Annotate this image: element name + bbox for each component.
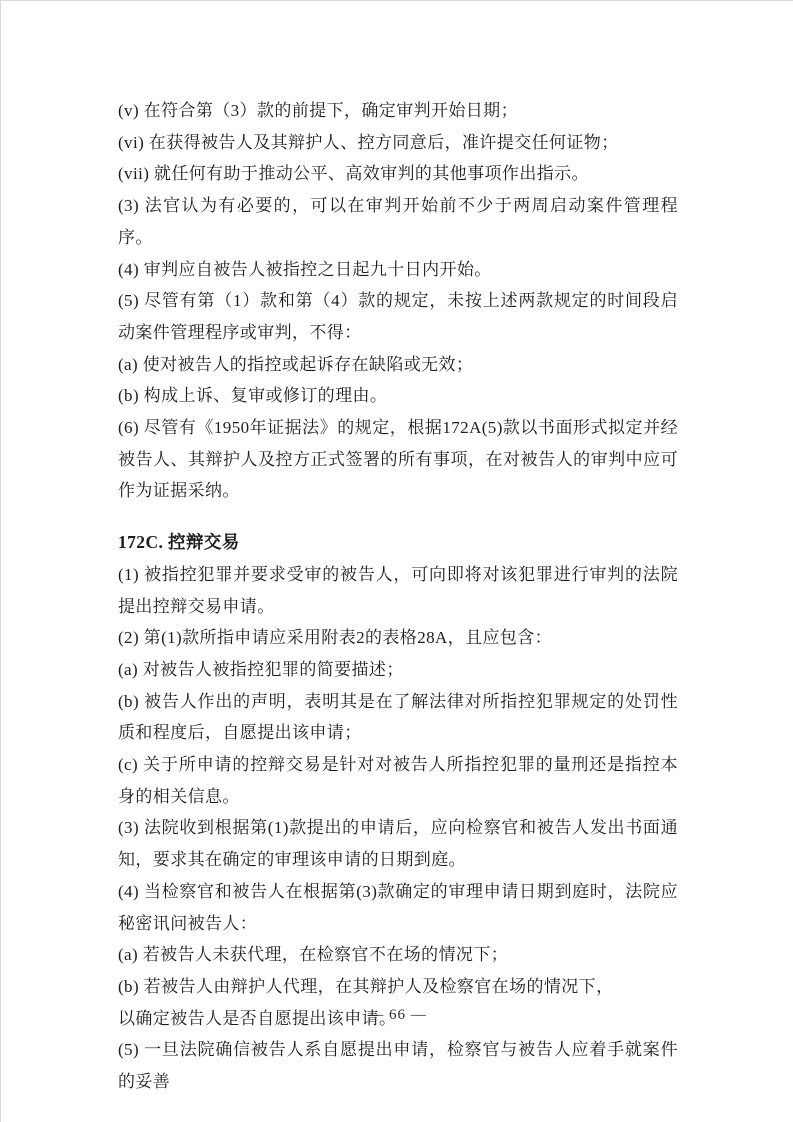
paragraph: (vi) 在获得被告人及其辩护人、控方同意后，准许提交任何证物； [118, 127, 678, 159]
paragraph: (5) 一旦法院确信被告人系自愿提出申请，检察官与被告人应着手就案件的妥善 [118, 1034, 678, 1097]
paragraph: (a) 使对被告人的指控或起诉存在缺陷或无效； [118, 349, 678, 381]
paragraph: (4) 审判应自被告人被指控之日起九十日内开始。 [118, 254, 678, 286]
paragraph: (4) 当检察官和被告人在根据第(3)款确定的审理申请日期到庭时，法院应秘密讯问… [118, 876, 678, 939]
paragraph: (3) 法院收到根据第(1)款提出的申请后，应向检察官和被告人发出书面通知，要求… [118, 812, 678, 875]
paragraph: (b) 若被告人由辩护人代理，在其辩护人及检察官在场的情况下， [118, 971, 678, 1003]
paragraph: (v) 在符合第（3）款的前提下，确定审判开始日期； [118, 95, 678, 127]
paragraph: (5) 尽管有第（1）款和第（4）款的规定，未按上述两款规定的时间段启动案件管理… [118, 285, 678, 348]
text-body: (v) 在符合第（3）款的前提下，确定审判开始日期； (vi) 在获得被告人及其… [118, 95, 678, 1098]
paragraph: (3) 法官认为有必要的，可以在审判开始前不少于两周启动案件管理程序。 [118, 190, 678, 253]
paragraph: (vii) 就任何有助于推动公平、高效审判的其他事项作出指示。 [118, 158, 678, 190]
paragraph: (a) 若被告人未获代理，在检察官不在场的情况下； [118, 939, 678, 971]
section-heading-172c: 172C. 控辩交易 [118, 527, 678, 559]
document-page: (v) 在符合第（3）款的前提下，确定审判开始日期； (vi) 在获得被告人及其… [0, 0, 793, 1122]
page-number: — 66 — [1, 1007, 793, 1024]
paragraph: (b) 被告人作出的声明，表明其是在了解法律对所指控犯罪规定的处罚性质和程度后，… [118, 686, 678, 749]
paragraph: (b) 构成上诉、复审或修订的理由。 [118, 380, 678, 412]
paragraph: (2) 第(1)款所指申请应采用附表2的表格28A，且应包含： [118, 622, 678, 654]
paragraph: (c) 关于所申请的控辩交易是针对对被告人所指控犯罪的量刑还是指控本身的相关信息… [118, 749, 678, 812]
paragraph: (a) 对被告人被指控犯罪的简要描述； [118, 654, 678, 686]
paragraph: (1) 被指控犯罪并要求受审的被告人，可向即将对该犯罪进行审判的法院提出控辩交易… [118, 559, 678, 622]
paragraph: (6) 尽管有《1950年证据法》的规定，根据172A(5)款以书面形式拟定并经… [118, 412, 678, 507]
